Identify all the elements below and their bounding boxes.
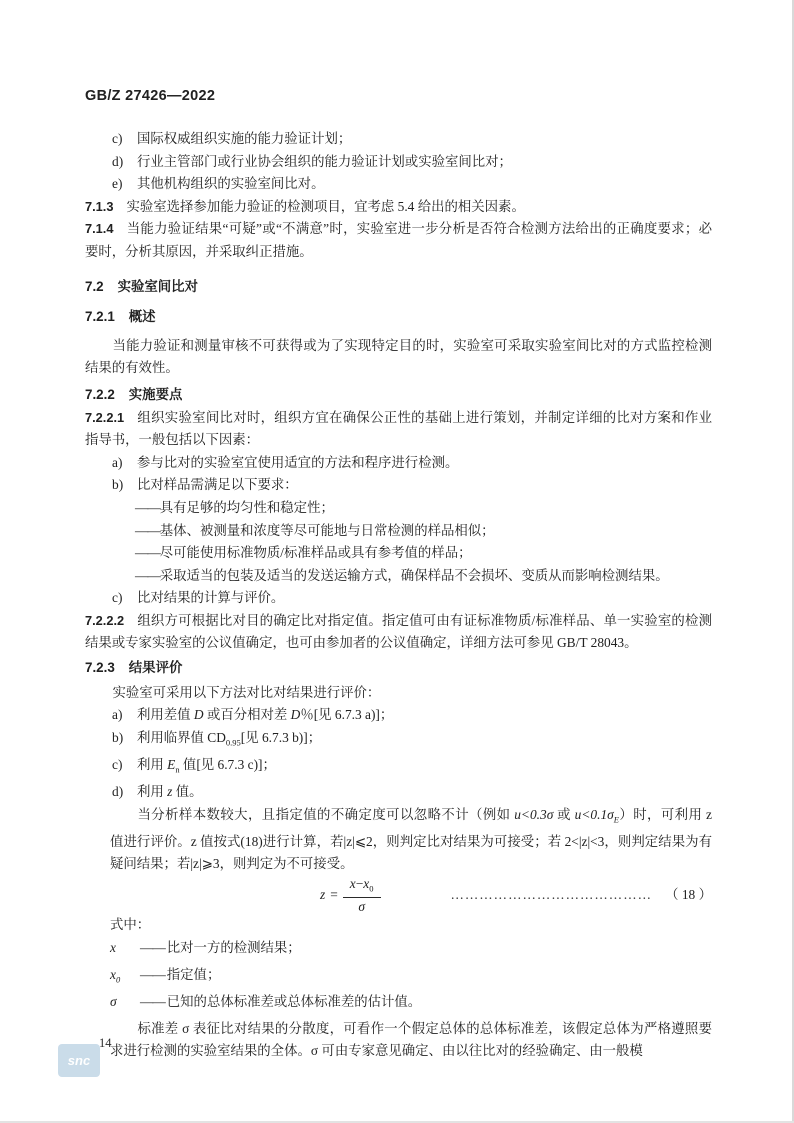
list-item-label: c)	[112, 587, 137, 610]
expression-u-sigma: u<0.3σ	[514, 807, 553, 822]
text-run: 值[见 6.7.3 c)]；	[180, 757, 276, 772]
dash-item-text: 基体、被测量和浓度等尽可能地与日常检测的样品相似；	[160, 520, 712, 543]
list-item-a: a) 参与比对的实验室宜使用适宜的方法和程序进行检测。	[85, 452, 712, 475]
doc-header: GB/Z 27426—2022	[85, 88, 712, 104]
method-item-c: c) 利用 En 值[见 6.7.3 c)]；	[85, 754, 712, 781]
heading-number: 7.2.3	[85, 660, 115, 675]
heading-7-2-2: 7.2.2实施要点	[85, 384, 712, 407]
where-label: 式中：	[110, 914, 712, 937]
text-run: [见 6.7.3 a)]；	[314, 707, 394, 722]
list-item-c2: c) 比对结果的计算与评价。	[85, 587, 712, 610]
dash-item-2: —— 基体、被测量和浓度等尽可能地与日常检测的样品相似；	[85, 520, 712, 543]
definition-dash: ——	[140, 991, 165, 1018]
subscript: 0.95	[226, 737, 241, 747]
clause-text: 组织方可根据比对目的确定比对指定值。指定值可由有证标准物质/标准样品、单一实验室…	[85, 613, 712, 651]
list-item-label: c)	[112, 128, 137, 151]
dash-mark: ——	[135, 542, 160, 565]
clause-number: 7.1.4	[85, 221, 113, 236]
definition-text: 已知的总体标准差或总体标准差的估计值。	[167, 991, 712, 1018]
formula-18: z = x−x0 σ …………………………………… （ 18 ）	[110, 876, 712, 914]
method-item-d: d) 利用 z 值。	[85, 781, 712, 804]
method-item-text: 利用差值 D 或百分相对差 D％[见 6.7.3 a)]；	[137, 704, 712, 727]
list-item-label: d)	[112, 781, 137, 804]
variable-z: z	[320, 884, 325, 907]
list-item-text: 参与比对的实验室宜使用适宜的方法和程序进行检测。	[137, 452, 712, 475]
dash-item-text: 尽可能使用标准物质/标准样品或具有参考值的样品；	[160, 542, 712, 565]
text-run: 当分析样本数较大，且指定值的不确定度可以忽略不计（例如	[137, 807, 514, 822]
dash-mark: ——	[135, 565, 160, 588]
list-item-e: e) 其他机构组织的实验室间比对。	[85, 173, 712, 196]
list-item-c: c) 国际权威组织实施的能力验证计划；	[85, 128, 712, 151]
publisher-watermark-logo: snc	[58, 1044, 100, 1077]
text-run: [见 6.7.3 b)]；	[241, 730, 321, 745]
heading-number: 7.2.2	[85, 387, 115, 402]
subscript: 0	[116, 974, 120, 984]
clause-number: 7.1.3	[85, 199, 113, 214]
clause-text: 实验室选择参加能力验证的检测项目，宜考虑 5.4 给出的相关因素。	[126, 199, 524, 214]
list-item-label: b)	[112, 727, 137, 754]
list-item-b: b) 比对样品需满足以下要求：	[85, 474, 712, 497]
method-item-text: 利用临界值 CD0.95[见 6.7.3 b)]；	[137, 727, 712, 754]
subscript-0: 0	[369, 883, 373, 893]
heading-number: 7.2	[85, 279, 104, 294]
heading-7-2-3: 7.2.3结果评价	[85, 657, 712, 680]
page-content: GB/Z 27426—2022 c) 国际权威组织实施的能力验证计划； d) 行…	[85, 88, 712, 1063]
paragraph-7-2-1: 当能力验证和测量审核不可获得或为了实现特定目的时，实验室可采取实验室间比对的方式…	[85, 335, 712, 380]
definition-dash: ——	[140, 937, 165, 964]
equals-sign: =	[330, 884, 338, 907]
paragraph-7-2-3-intro: 实验室可采用以下方法对比对结果进行评价：	[85, 682, 712, 705]
list-item-label: c)	[112, 754, 137, 781]
text-run: 利用差值	[137, 707, 194, 722]
heading-title: 结果评价	[129, 660, 183, 675]
dash-item-text: 采取适当的包装及适当的发送运输方式，确保样品不会损坏、变质从而影响检测结果。	[160, 565, 712, 588]
list-item-text: 比对样品需满足以下要求：	[137, 474, 712, 497]
dash-item-text: 具有足够的均匀性和稳定性；	[160, 497, 712, 520]
list-item-label: b)	[112, 474, 137, 497]
text-run: 或	[553, 807, 574, 822]
list-item-text: 其他机构组织的实验室间比对。	[137, 173, 712, 196]
definition-sigma: σ —— 已知的总体标准差或总体标准差的估计值。	[110, 991, 712, 1018]
fraction-numerator: x−x0	[343, 876, 381, 899]
clause-7-1-3: 7.1.3实验室选择参加能力验证的检测项目，宜考虑 5.4 给出的相关因素。	[85, 196, 712, 219]
definition-x: x —— 比对一方的检测结果；	[110, 937, 712, 964]
z-value-paragraph: 当分析样本数较大，且指定值的不确定度可以忽略不计（例如 u<0.3σ 或 u<0…	[110, 804, 712, 876]
formula-expression: z = x−x0 σ	[320, 876, 381, 915]
dash-item-4: —— 采取适当的包装及适当的发送运输方式，确保样品不会损坏、变质从而影响检测结果…	[85, 565, 712, 588]
symbol-x: x	[110, 937, 140, 964]
equation-number: （ 18 ）	[665, 884, 712, 907]
clause-7-2-2-1: 7.2.2.1组织实验室间比对时，组织方宜在确保公正性的基础上进行策划，并制定详…	[85, 407, 712, 452]
clause-7-1-4: 7.1.4当能力验证结果“可疑”或“不满意”时，实验室进一步分析是否符合检测方法…	[85, 218, 712, 263]
list-item-label: e)	[112, 173, 137, 196]
clause-text: 当能力验证结果“可疑”或“不满意”时，实验室进一步分析是否符合检测方法给出的正确…	[85, 221, 712, 259]
heading-7-2: 7.2实验室间比对	[85, 276, 712, 299]
list-item-d: d) 行业主管部门或行业协会组织的能力验证计划或实验室间比对；	[85, 151, 712, 174]
clause-number: 7.2.2.2	[85, 613, 124, 628]
fraction: x−x0 σ	[343, 876, 381, 915]
dash-item-3: —— 尽可能使用标准物质/标准样品或具有参考值的样品；	[85, 542, 712, 565]
list-item-label: a)	[112, 704, 137, 727]
variable-D: D	[291, 707, 301, 722]
clause-number: 7.2.2.1	[85, 410, 124, 425]
symbol-x0: x0	[110, 964, 140, 991]
heading-title: 概述	[129, 309, 156, 324]
text-run: 值。	[172, 784, 202, 799]
list-item-text: 比对结果的计算与评价。	[137, 587, 712, 610]
symbol: σ	[110, 994, 117, 1009]
heading-7-2-1: 7.2.1概述	[85, 306, 712, 329]
method-item-b: b) 利用临界值 CD0.95[见 6.7.3 b)]；	[85, 727, 712, 754]
percent-sign: ％	[300, 707, 313, 722]
clause-text: 组织实验室间比对时，组织方宜在确保公正性的基础上进行策划，并制定详细的比对方案和…	[85, 410, 712, 448]
method-item-a: a) 利用差值 D 或百分相对差 D％[见 6.7.3 a)]；	[85, 704, 712, 727]
heading-title: 实验室间比对	[118, 279, 198, 294]
text-run: 利用	[137, 757, 167, 772]
symbol: x	[110, 940, 116, 955]
definition-text: 比对一方的检测结果；	[167, 937, 712, 964]
list-item-label: d)	[112, 151, 137, 174]
heading-title: 实施要点	[129, 387, 183, 402]
clause-7-2-2-2: 7.2.2.2组织方可根据比对目的确定比对指定值。指定值可由有证标准物质/标准样…	[85, 610, 712, 655]
method-item-text: 利用 En 值[见 6.7.3 c)]；	[137, 754, 712, 781]
expression-u-sigma-e: u<0.1σ	[575, 807, 614, 822]
dash-mark: ——	[135, 520, 160, 543]
dash-item-1: —— 具有足够的均匀性和稳定性；	[85, 497, 712, 520]
definition-x0: x0 —— 指定值；	[110, 964, 712, 991]
method-item-text: 利用 z 值。	[137, 781, 712, 804]
text-run: 利用	[137, 784, 167, 799]
heading-number: 7.2.1	[85, 309, 115, 324]
list-item-label: a)	[112, 452, 137, 475]
list-item-text: 行业主管部门或行业协会组织的能力验证计划或实验室间比对；	[137, 151, 712, 174]
list-item-text: 国际权威组织实施的能力验证计划；	[137, 128, 712, 151]
text-run: 利用临界值 CD	[137, 730, 226, 745]
definition-dash: ——	[140, 964, 165, 991]
z-value-block: 当分析样本数较大，且指定值的不确定度可以忽略不计（例如 u<0.3σ 或 u<0…	[110, 804, 712, 1063]
page-number: 14	[99, 1036, 112, 1051]
dotted-leader: ……………………………………	[451, 884, 666, 907]
variable-D: D	[194, 707, 204, 722]
fraction-denominator: σ	[358, 898, 365, 914]
dash-mark: ——	[135, 497, 160, 520]
document-page: GB/Z 27426—2022 c) 国际权威组织实施的能力验证计划； d) 行…	[0, 0, 794, 1123]
definition-text: 指定值；	[167, 964, 712, 991]
sigma-paragraph: 标准差 σ 表征比对结果的分散度，可看作一个假定总体的总体标准差，该假定总体为严…	[110, 1018, 712, 1063]
symbol-sigma: σ	[110, 991, 140, 1018]
text-run: 或百分相对差	[204, 707, 291, 722]
